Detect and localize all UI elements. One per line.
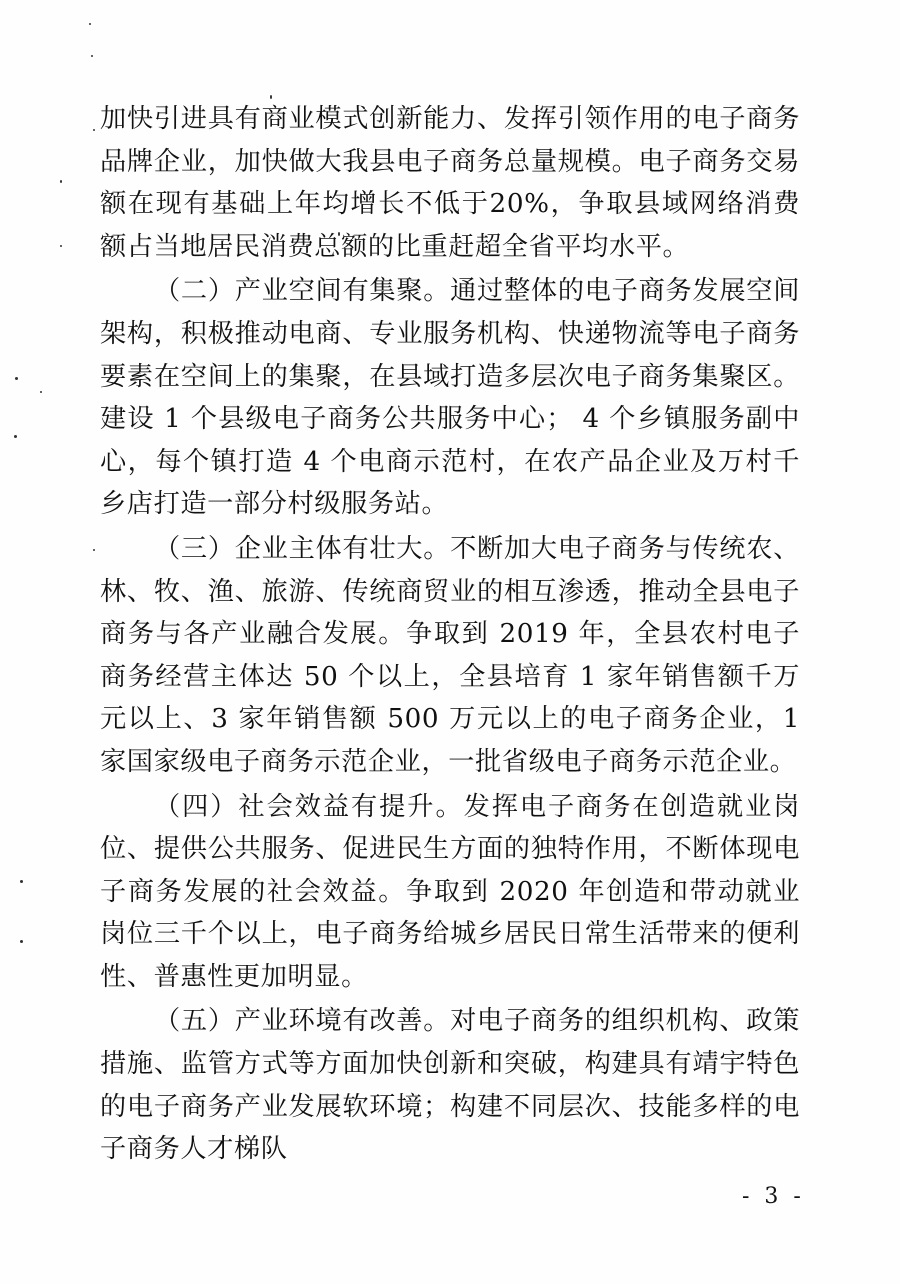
scan-speck <box>270 95 272 99</box>
paragraph-text: 不断加大电子商务与传统农、林、牧、渔、旅游、传统商贸业的相互渗透，推动全县电子商… <box>100 534 800 777</box>
section-heading: （四）社会效益有提升。 <box>154 792 464 822</box>
scan-speck <box>40 391 42 393</box>
scan-speck <box>14 435 17 438</box>
page-number: - 3 - <box>742 1184 805 1209</box>
scan-speck <box>93 129 95 131</box>
section-heading: （五）产业环境有改善。 <box>154 1006 450 1036</box>
scan-speck <box>20 880 23 883</box>
scan-speck <box>15 377 18 380</box>
paragraph-section-3: （三）企业主体有壮大。不断加大电子商务与传统农、林、牧、渔、旅游、传统商贸业的相… <box>100 528 800 784</box>
paragraph-continuation: 加快引进具有商业模式创新能力、发挥引领作用的电子商务品牌企业，加快做大我县电子商… <box>100 98 800 268</box>
paragraph-section-4: （四）社会效益有提升。发挥电子商务在创造就业岗位、提供公共服务、促进民生方面的独… <box>100 786 800 999</box>
scan-speck <box>338 232 340 236</box>
section-heading: （三）企业主体有壮大。 <box>154 534 450 564</box>
scan-speck <box>93 549 95 551</box>
scan-speck <box>91 55 93 57</box>
scan-speck <box>89 23 91 25</box>
section-heading: （二）产业空间有集聚。 <box>154 276 450 306</box>
document-body: 加快引进具有商业模式创新能力、发挥引领作用的电子商务品牌企业，加快做大我县电子商… <box>100 98 800 1171</box>
paragraph-text: 通过整体的电子商务发展空间架构，积极推动电商、专业服务机构、快递物流等电子商务要… <box>100 276 800 519</box>
paragraph-section-2: （二）产业空间有集聚。通过整体的电子商务发展空间架构，积极推动电商、专业服务机构… <box>100 270 800 526</box>
paragraph-section-5: （五）产业环境有改善。对电子商务的组织机构、政策措施、监管方式等方面加快创新和突… <box>100 1000 800 1170</box>
document-page: 加快引进具有商业模式创新能力、发挥引领作用的电子商务品牌企业，加快做大我县电子商… <box>0 0 900 1284</box>
scan-speck <box>60 180 62 183</box>
paragraph-text: 加快引进具有商业模式创新能力、发挥引领作用的电子商务品牌企业，加快做大我县电子商… <box>100 104 800 262</box>
scan-speck <box>20 940 23 943</box>
scan-speck <box>60 245 62 247</box>
